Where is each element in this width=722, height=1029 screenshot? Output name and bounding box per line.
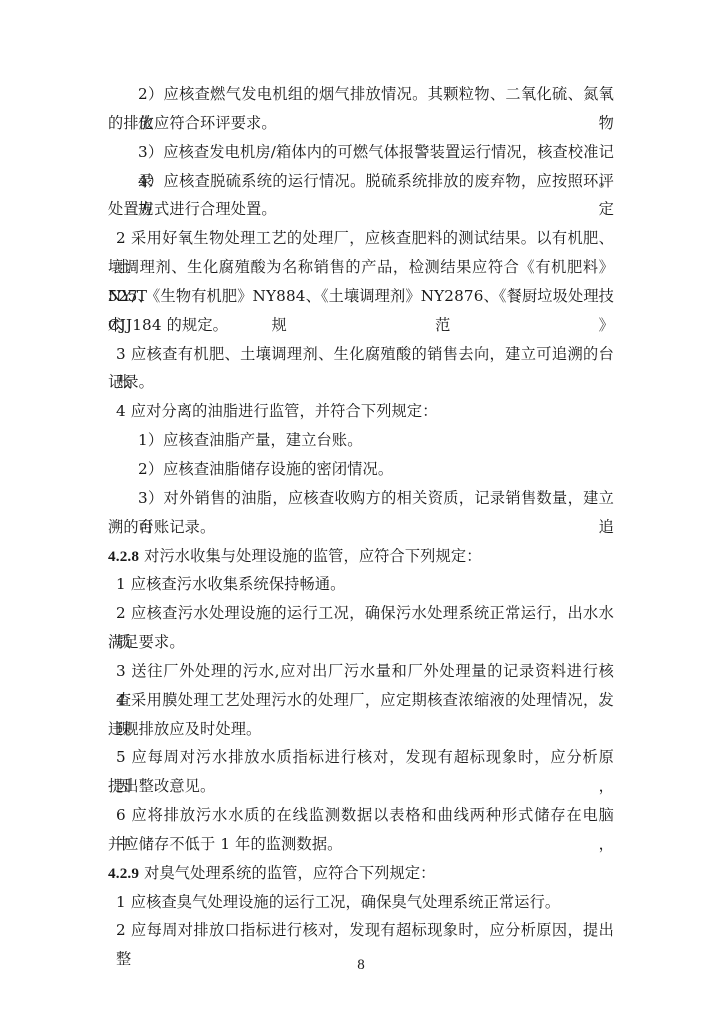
text-line: 525、《生物有机肥》NY884、《土壤调理剂》NY2876、《餐厨垃圾处理技术…: [108, 282, 614, 311]
section-number: 4.2.8: [108, 548, 139, 565]
section-number: 4.2.9: [108, 865, 139, 882]
text-line: 6 应将排放污水水质的在线监测数据以表格和曲线两种形式储存在电脑中，: [108, 801, 614, 830]
document-page: 2）应核查燃气发电机组的烟气排放情况。其颗粒物、二氧化硫、氮氧化物的排放应符合环…: [0, 0, 722, 1029]
line-text: 记录。: [108, 373, 154, 391]
text-line: 5 应每周对污水排放水质指标进行核对，发现有超标现象时，应分析原因，: [108, 743, 614, 772]
text-line: 1）应核查油脂产量，建立台账。: [108, 426, 614, 455]
text-line: 1 应核查臭气处理设施的运行工况，确保臭气处理系统正常运行。: [108, 888, 614, 917]
text-line: 壤调理剂、生化腐殖酸为名称销售的产品，检测结果应符合《有机肥料》NY/T: [108, 253, 614, 282]
line-text: 1 应核查臭气处理设施的运行工况，确保臭气处理系统正常运行。: [116, 893, 560, 911]
line-text: 并应储存不低于 1 年的监测数据。: [108, 835, 343, 853]
text-line: 满足要求。: [108, 628, 614, 657]
line-text: 的排放应符合环评要求。: [108, 114, 277, 132]
text-line: 2 应核查污水处理设施的运行工况，确保污水处理系统正常运行，出水水质: [108, 599, 614, 628]
text-line: 3 送往厂外处理的污水,应对出厂污水量和厂外处理量的记录资料进行核查。: [108, 657, 614, 686]
page-number: 8: [0, 957, 722, 974]
line-text: 2）应核查油脂储存设施的密闭情况。: [138, 460, 393, 478]
text-line: 1 应核查污水收集系统保持畅通。: [108, 570, 614, 599]
page-body: 2）应核查燃气发电机组的烟气排放情况。其颗粒物、二氧化硫、氮氧化物的排放应符合环…: [108, 80, 614, 945]
text-line: 记录。: [108, 368, 614, 397]
text-line: 2）应核查燃气发电机组的烟气排放情况。其颗粒物、二氧化硫、氮氧化物: [108, 80, 614, 109]
line-text: 4 应对分离的油脂进行监管，并符合下列规定：: [116, 402, 438, 420]
line-text: 1）应核查油脂产量，建立台账。: [138, 431, 363, 449]
section-heading: 4.2.8 对污水收集与处理设施的监管，应符合下列规定：: [108, 542, 614, 571]
text-line: 2 采用好氧生物处理工艺的处理厂，应核查肥料的测试结果。以有机肥、土: [108, 224, 614, 253]
text-line: 4）应核查脱硫系统的运行情况。脱硫系统排放的废弃物，应按照环评规定: [108, 167, 614, 196]
text-line: 2 应每周对排放口指标进行核对，发现有超标现象时，应分析原因，提出整: [108, 916, 614, 945]
line-text: 提出整改意见。: [108, 777, 215, 795]
text-line: 4 应对分离的油脂进行监管，并符合下列规定：: [108, 397, 614, 426]
line-text: 1 应核查污水收集系统保持畅通。: [116, 575, 346, 593]
text-line: 违规排放应及时处理。: [108, 715, 614, 744]
line-text: 满足要求。: [108, 633, 185, 651]
line-text: 违规排放应及时处理。: [108, 720, 261, 738]
line-text: 对污水收集与处理设施的监管，应符合下列规定：: [139, 547, 481, 565]
line-text: CJJ184 的规定。: [108, 316, 228, 334]
text-line: 3 应核查有机肥、土壤调理剂、生化腐殖酸的销售去向，建立可追溯的台账: [108, 340, 614, 369]
text-line: 3）对外销售的油脂，应核查收购方的相关资质，记录销售数量，建立可追: [108, 484, 614, 513]
text-line: 3）应核查发电机房/箱体内的可燃气体报警装置运行情况，核查校准记录。: [108, 138, 614, 167]
section-heading: 4.2.9 对臭气处理系统的监管，应符合下列规定：: [108, 859, 614, 888]
line-text: 对臭气处理系统的监管，应符合下列规定：: [139, 864, 435, 882]
line-text: 处置方式进行合理处置。: [108, 200, 277, 218]
line-text: 溯的台账记录。: [108, 518, 215, 536]
text-line: 2）应核查油脂储存设施的密闭情况。: [108, 455, 614, 484]
text-line: 4 采用膜处理工艺处理污水的处理厂，应定期核查浓缩液的处理情况，发现: [108, 686, 614, 715]
